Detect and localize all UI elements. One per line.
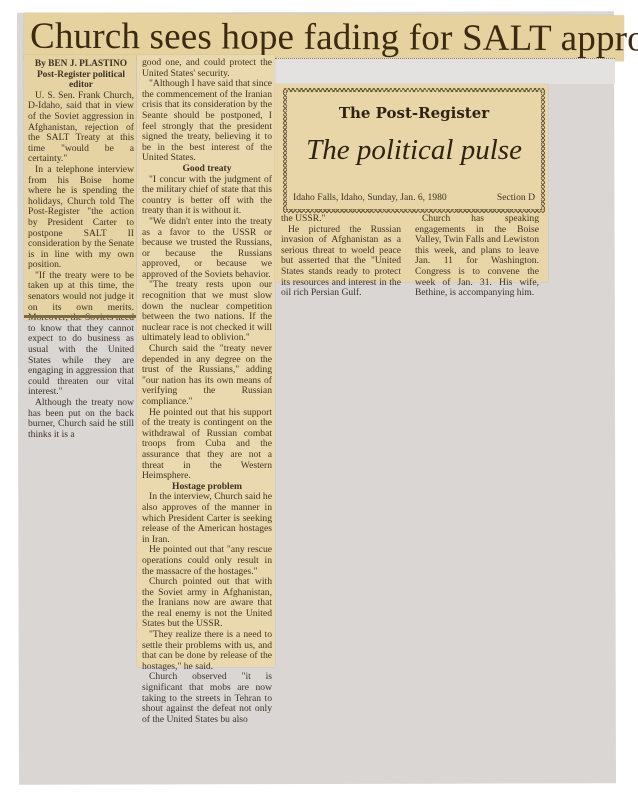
paragraph: "The treaty rests upon our recognition t…: [142, 280, 272, 344]
paragraph: Church pointed out that with the Soviet …: [142, 577, 272, 630]
column-1-body: U. S. Sen. Frank Church, D-Idaho, said t…: [28, 91, 134, 441]
paragraph: U. S. Sen. Frank Church, D-Idaho, said t…: [28, 91, 134, 165]
column-rule: [24, 315, 136, 318]
paragraph: the USSR.": [281, 214, 401, 225]
dateline: Idaho Falls, Idaho, Sunday, Jan. 6, 1980: [293, 192, 447, 203]
column-1-clipping: By BEN J. PLASTINO Post-Register politic…: [24, 55, 136, 320]
political-pulse-clipping: The Post-Register The political pulse Id…: [275, 84, 548, 282]
paragraph: "We didn't enter into the treaty as a fa…: [142, 217, 272, 281]
paragraph: "They realize there is a need to settle …: [142, 630, 272, 672]
column-title: The political pulse: [287, 134, 541, 167]
headline: Church sees hope fading for SALT approva: [30, 15, 638, 61]
byline: By BEN J. PLASTINO: [28, 59, 134, 70]
paragraph: He pointed out that his support of the t…: [142, 408, 272, 482]
masthead-border: The Post-Register The political pulse Id…: [283, 88, 545, 213]
paragraph: Although the treaty now has been put on …: [28, 398, 134, 440]
column-3: the USSR."He pictured the Russian invasi…: [281, 214, 401, 299]
paragraph: good one, and could protect the United S…: [142, 58, 272, 79]
paragraph: "I concur with the judgment of the milit…: [142, 175, 272, 217]
paragraph: In a telephone interview from his Boise …: [28, 165, 134, 271]
paragraph: He pointed out that "any rescue operatio…: [142, 545, 272, 577]
headline-cut-edge: [275, 58, 615, 59]
paper-name: The Post-Register: [287, 104, 541, 122]
subheading: Good treaty: [142, 164, 272, 175]
board-gap: [275, 58, 615, 84]
paragraph: "If the treaty were to be taken up at th…: [28, 271, 134, 398]
column-2: good one, and could protect the United S…: [142, 58, 272, 725]
paragraph: In the interview, Church said he also ap…: [142, 492, 272, 545]
dateline-row: Idaho Falls, Idaho, Sunday, Jan. 6, 1980…: [293, 192, 535, 203]
paragraph: "Although I have said that since the com…: [142, 79, 272, 164]
column-1: By BEN J. PLASTINO Post-Register politic…: [28, 59, 134, 440]
paragraph: He pictured the Russian invasion of Afgh…: [281, 225, 401, 299]
section-label: Section D: [497, 192, 535, 203]
column-4: Church has speaking engagements in the B…: [415, 214, 539, 299]
paragraph: Church observed "it is significant that …: [142, 672, 272, 725]
byline-title: Post-Register political editor: [28, 70, 134, 91]
paragraph: Church has speaking engagements in the B…: [415, 214, 539, 299]
paragraph: Church said the "treaty never depended i…: [142, 344, 272, 408]
column-2-clipping: good one, and could protect the United S…: [137, 55, 275, 667]
